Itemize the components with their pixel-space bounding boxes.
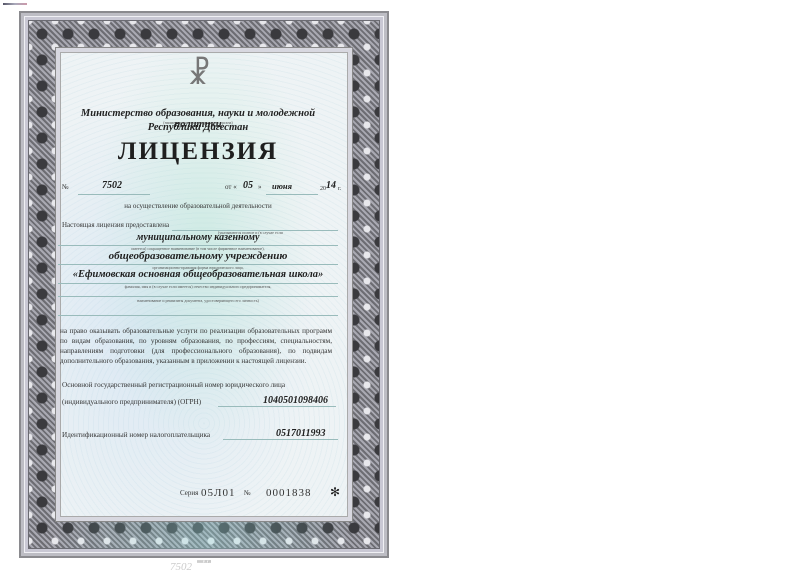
asterisk-mark: ✻ (330, 485, 340, 500)
date-month: июня (272, 181, 292, 191)
caption-person: фамилия, имя и (в случае если имеется) о… (58, 284, 338, 289)
serial-number-label: № (244, 489, 251, 497)
month-underline (266, 194, 318, 195)
holder-underline-5 (58, 315, 338, 316)
number-label: № (62, 183, 69, 191)
date-day: 05 (243, 180, 253, 191)
number-underline (78, 194, 150, 195)
granted-label: Настоящая лицензия предоставлена (62, 221, 169, 229)
double-headed-eagle-icon: ☧ (180, 58, 218, 92)
holder-line-3: «Ефимовская основная общеобразовательная… (58, 269, 338, 280)
rights-paragraph: на право оказывать образовательные услуг… (60, 326, 332, 366)
inn-value: 0517011993 (276, 428, 325, 439)
inn-underline (223, 439, 338, 440)
ogrn-value: 1040501098406 (263, 395, 328, 406)
license-number: 7502 (102, 180, 122, 191)
ogrn-underline (218, 406, 336, 407)
inn-label: Идентификационный номер налогоплательщик… (62, 431, 210, 439)
scan-mark (3, 3, 27, 5)
holder-line-2: общеобразовательному учреждению (58, 250, 338, 262)
ogrn-label-line-1: Основной государственный регистрационный… (62, 381, 285, 389)
ogrn-label-line-2: (индивидуального предпринимателя) (ОГРН) (62, 398, 201, 406)
republic-name: Республики Дагестан (58, 122, 338, 133)
holder-underline-4 (58, 296, 338, 297)
holder-line-1: муниципальному казенному (58, 232, 338, 243)
date-year: 14 (326, 180, 336, 191)
license-purpose: на осуществление образовательной деятель… (58, 202, 338, 210)
caption-identity: наименование и реквизиты документа, удос… (58, 298, 338, 303)
serial-number-value: 0001838 (266, 487, 312, 499)
bottom-code: 0001838 (197, 559, 211, 564)
series-label: Серия (180, 489, 198, 497)
document-title: ЛИЦЕНЗИЯ (58, 138, 338, 166)
bottom-faded-number: 7502 (170, 561, 192, 572)
date-separator: » (258, 183, 262, 191)
date-from-label: от « (225, 183, 237, 191)
document-content: ☧ Министерство образования, науки и моло… (58, 50, 338, 505)
year-suffix: г. (338, 186, 341, 192)
series-value: 05Л01 (201, 487, 235, 499)
